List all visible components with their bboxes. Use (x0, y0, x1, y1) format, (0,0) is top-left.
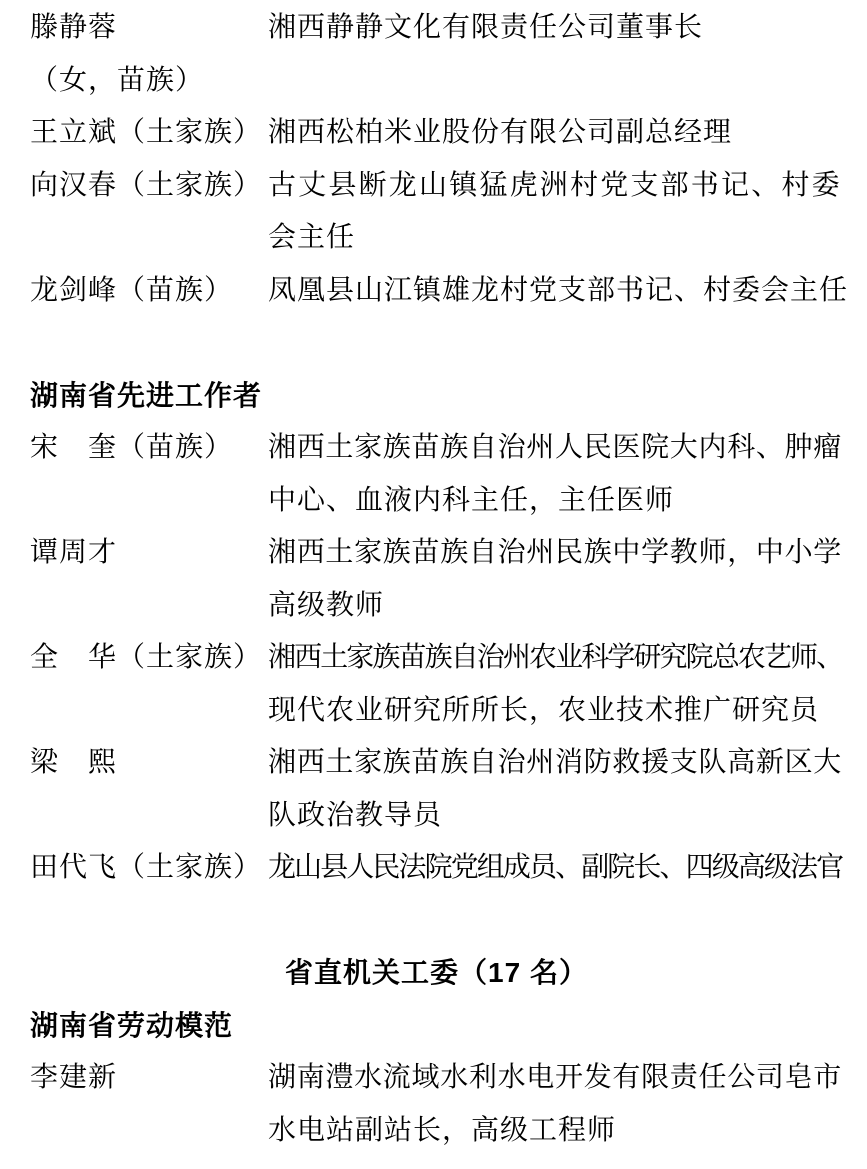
recipient-title-line: 湘西土家族苗族自治州民族中学教师，中小学 (268, 527, 867, 580)
recipient-title-cell: 湘西土家族苗族自治州农业科学研究院总农艺师、 现代农业研究所所长，农业技术推广研… (268, 632, 867, 737)
recipient-name-cell: 龙剑峰（苗族） (30, 265, 268, 318)
recipient-title-cell: 古丈县断龙山镇猛虎洲村党支部书记、村委 会主任 (268, 160, 867, 265)
recipient-title-line: 湘西土家族苗族自治州农业科学研究院总农艺师、 (268, 632, 867, 685)
recipient-ethnicity: （女，苗族） (30, 55, 268, 108)
award-entry: 梁 熙 湘西土家族苗族自治州消防救援支队高新区大 队政治教导员 (30, 737, 867, 842)
award-entry: 王立斌（土家族） 湘西松柏米业股份有限公司副总经理 (30, 107, 867, 160)
recipient-name-cell: 王立斌（土家族） (30, 107, 268, 160)
recipient-name-cell: 李建新 (30, 1052, 268, 1105)
award-entry: 李建新 湖南澧水流域水利水电开发有限责任公司皂市 水电站副站长，高级工程师 (30, 1052, 867, 1157)
recipient-title-cell: 湘西土家族苗族自治州人民医院大内科、肿瘤 中心、血液内科主任，主任医师 (268, 422, 867, 527)
award-entry: 龙剑峰（苗族） 凤凰县山江镇雄龙村党支部书记、村委会主任 (30, 265, 867, 318)
recipient-title-line: 湘西土家族苗族自治州人民医院大内科、肿瘤 (268, 422, 867, 475)
recipient-name: 宋 奎（苗族） (30, 422, 268, 475)
recipient-title-line: 湘西静静文化有限责任公司董事长 (268, 2, 867, 55)
recipient-title-line: 湘西土家族苗族自治州消防救援支队高新区大 (268, 737, 867, 790)
recipient-title-cell: 湖南澧水流域水利水电开发有限责任公司皂市 水电站副站长，高级工程师 (268, 1052, 867, 1157)
recipient-title-cell: 龙山县人民法院党组成员、副院长、四级高级法官 (268, 842, 867, 895)
recipient-title-line: 队政治教导员 (268, 790, 867, 843)
recipient-title-cell: 湘西静静文化有限责任公司董事长 (268, 2, 867, 55)
recipient-name: 谭周才 (30, 527, 268, 580)
recipient-name: 李建新 (30, 1052, 268, 1105)
recipient-name: 王立斌（土家族） (30, 107, 268, 160)
recipient-title-cell: 湘西土家族苗族自治州民族中学教师，中小学 高级教师 (268, 527, 867, 632)
award-entry: 谭周才 湘西土家族苗族自治州民族中学教师，中小学 高级教师 (30, 527, 867, 632)
recipient-name: 龙剑峰（苗族） (30, 265, 268, 318)
award-entry: 向汉春（土家族） 古丈县断龙山镇猛虎洲村党支部书记、村委 会主任 (30, 160, 867, 265)
recipient-title-line: 水电站副站长，高级工程师 (268, 1105, 867, 1158)
recipient-name: 梁 熙 (30, 737, 268, 790)
blank-line (30, 895, 867, 948)
section-heading-advanced-workers: 湖南省先进工作者 (30, 370, 867, 423)
recipient-name-cell: 梁 熙 (30, 737, 268, 790)
recipient-name: 全 华（土家族） (30, 632, 268, 685)
recipient-name-cell: 全 华（土家族） (30, 632, 268, 685)
recipient-name-cell: 田代飞（土家族） (30, 842, 268, 895)
recipient-title-cell: 湘西松柏米业股份有限公司副总经理 (268, 107, 867, 160)
recipient-name-cell: 谭周才 (30, 527, 268, 580)
recipient-title-line: 中心、血液内科主任，主任医师 (268, 475, 867, 528)
blank-line (30, 317, 867, 370)
recipient-name-cell: 滕静蓉 （女，苗族） (30, 2, 268, 107)
recipient-title-line: 高级教师 (268, 580, 867, 633)
recipient-name: 田代飞（土家族） (30, 842, 268, 895)
award-entry: 田代飞（土家族） 龙山县人民法院党组成员、副院长、四级高级法官 (30, 842, 867, 895)
recipient-title-line: 现代农业研究所所长，农业技术推广研究员 (268, 685, 867, 738)
recipient-name-cell: 向汉春（土家族） (30, 160, 268, 213)
recipient-title-cell: 凤凰县山江镇雄龙村党支部书记、村委会主任 (268, 265, 867, 318)
recipient-title-line: 凤凰县山江镇雄龙村党支部书记、村委会主任 (268, 265, 867, 318)
recipient-title-line: 会主任 (268, 212, 867, 265)
section-heading-labor-models: 湖南省劳动模范 (30, 1000, 867, 1053)
award-list-document: 滕静蓉 （女，苗族） 湘西静静文化有限责任公司董事长 王立斌（土家族） 湘西松柏… (0, 0, 867, 1169)
award-entry: 宋 奎（苗族） 湘西土家族苗族自治州人民医院大内科、肿瘤 中心、血液内科主任，主… (30, 422, 867, 527)
recipient-title-line: 龙山县人民法院党组成员、副院长、四级高级法官 (268, 842, 867, 895)
section-heading-provincial-committee: 省直机关工委（17 名） (30, 947, 843, 1000)
recipient-name: 向汉春（土家族） (30, 160, 268, 213)
award-entry: 全 华（土家族） 湘西土家族苗族自治州农业科学研究院总农艺师、 现代农业研究所所… (30, 632, 867, 737)
recipient-name-cell: 宋 奎（苗族） (30, 422, 268, 475)
recipient-name: 滕静蓉 (30, 2, 268, 55)
recipient-title-line: 湖南澧水流域水利水电开发有限责任公司皂市 (268, 1052, 867, 1105)
recipient-title-cell: 湘西土家族苗族自治州消防救援支队高新区大 队政治教导员 (268, 737, 867, 842)
award-entry: 滕静蓉 （女，苗族） 湘西静静文化有限责任公司董事长 (30, 2, 867, 107)
recipient-title-line: 古丈县断龙山镇猛虎洲村党支部书记、村委 (268, 160, 867, 213)
recipient-title-line: 湘西松柏米业股份有限公司副总经理 (268, 107, 867, 160)
